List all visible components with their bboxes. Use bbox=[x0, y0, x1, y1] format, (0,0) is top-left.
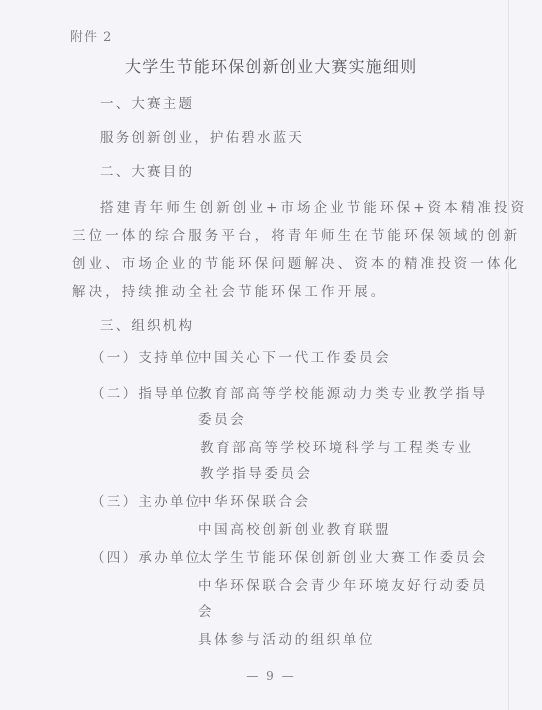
org-value: 具体参与活动的组织单位 bbox=[198, 628, 375, 648]
section-heading-organization: 三、组织机构 bbox=[100, 314, 194, 334]
purpose-paragraph-line: 三位一体的综合服务平台，将青年师生在节能环保领域的创新 bbox=[72, 224, 520, 244]
page-edge-divider bbox=[508, 0, 509, 710]
attachment-label: 附件 2 bbox=[70, 26, 112, 45]
purpose-paragraph-line: 创业、市场企业的节能环保问题解决、资本的精准投资一体化 bbox=[72, 252, 520, 272]
org-value: 教育部高等学校环境科学与工程类专业 bbox=[200, 436, 474, 456]
org-value: 教学指导委员会 bbox=[200, 462, 313, 482]
org-value: 中华环保联合会 bbox=[198, 490, 311, 510]
org-value: 中华环保联合会青少年环境友好行动委员 bbox=[198, 574, 488, 594]
purpose-paragraph-line: 搭建青年师生创新创业+市场企业节能环保+资本精准投资 bbox=[100, 196, 527, 216]
page-number: — 9 — bbox=[0, 669, 542, 683]
org-value: 中国高校创新创业教育联盟 bbox=[198, 518, 391, 538]
section-heading-purpose: 二、大赛目的 bbox=[100, 160, 194, 180]
org-value: 教育部高等学校能源动力类专业教学指导 bbox=[198, 382, 488, 402]
section-body-theme: 服务创新创业，护佑碧水蓝天 bbox=[100, 126, 304, 146]
org-value: 委员会 bbox=[198, 408, 246, 428]
document-title: 大学生节能环保创新创业大赛实施细则 bbox=[125, 54, 417, 77]
section-heading-theme: 一、大赛主题 bbox=[100, 92, 194, 112]
purpose-paragraph-line: 解决，持续推动全社会节能环保工作开展。 bbox=[72, 280, 387, 300]
org-value: 大学生节能环保创新创业大赛工作委员会 bbox=[198, 546, 488, 566]
org-value: 会 bbox=[198, 600, 214, 620]
org-value: 中国关心下一代工作委员会 bbox=[198, 346, 391, 366]
